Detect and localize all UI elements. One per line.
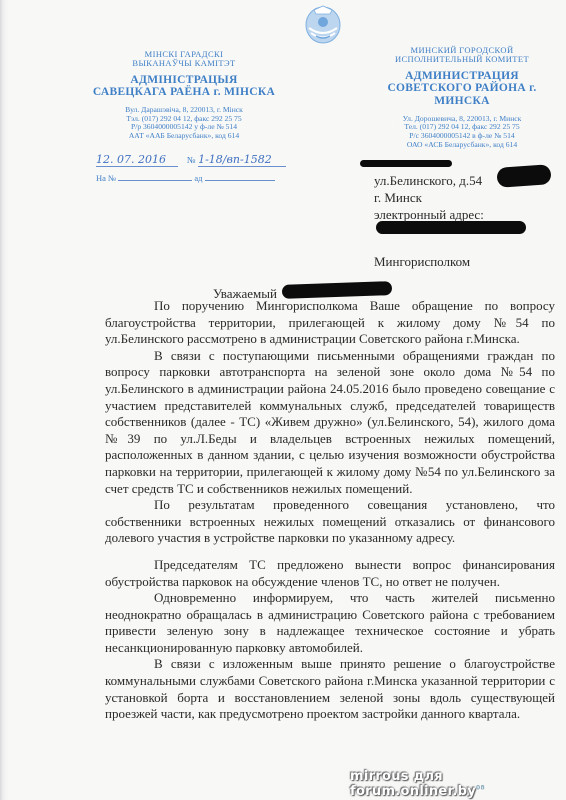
copy-recipient: Мингорисполком <box>374 254 470 270</box>
org-line: ВЫКАНАЎЧЫ КАМІТЭТ <box>84 59 284 68</box>
redaction-mark <box>282 281 392 299</box>
reply-number-blank <box>118 172 192 181</box>
addressee-email-label: электронный адрес: <box>374 206 484 223</box>
administration-title: АДМІНІСТРАЦЫЯ САВЕЦКАГА РАЁНА г. МІНСКА <box>84 74 284 99</box>
paragraph: По результатам проведенного совещания ус… <box>105 497 555 547</box>
paragraph: Одновременно информируем, что часть жите… <box>105 590 555 656</box>
letterhead-address: Ул. Дорошевича, 8, 220013, г. Минск Тел.… <box>364 115 560 150</box>
adm-line: АДМИНИСТРАЦИЯ <box>364 70 560 83</box>
redaction-mark <box>360 160 452 167</box>
registration-line: 12. 07. 2016 № 1-18/вп-1582 <box>96 153 286 167</box>
coat-of-arms-icon <box>304 4 342 44</box>
paragraph: Председателям ТС предложено вынести вопр… <box>105 557 555 590</box>
letterhead-address: Вул. Дарашэвіча, 8, 220013, г. Мінск Тэл… <box>84 106 284 141</box>
reply-date-blank <box>205 172 275 181</box>
watermark-suffix: 08 <box>476 785 485 792</box>
letter-body: По поручению Мингорисполкома Ваше обраще… <box>105 298 555 723</box>
bank-line: ОАО «АСБ Беларусбанк», код 614 <box>364 141 560 150</box>
letterhead-russian: МИНСКИЙ ГОРОДСКОЙ ИСПОЛНИТЕЛЬНЫЙ КОМИТЕТ… <box>364 46 560 149</box>
org-line: ИСПОЛНИТЕЛЬНЫЙ КОМИТЕТ <box>364 55 560 64</box>
watermark-text: mirrous для forum.onliner.by <box>350 769 476 799</box>
paragraph: По поручению Мингорисполкома Ваше обраще… <box>105 298 555 348</box>
forum-watermark: mirrous для forum.onliner.by08 <box>350 769 566 799</box>
addressee-block: ул.Белинского, д.54 г. Минск электронный… <box>374 172 484 223</box>
number-label: № <box>187 155 196 165</box>
paragraph: В связи с изложенным выше принято решени… <box>105 656 555 722</box>
letterhead-belarusian: МІНСКІ ГАРАДСКІ ВЫКАНАЎЧЫ КАМІТЭТ АДМІНІ… <box>84 50 284 141</box>
reply-reference-line: На № ад <box>96 172 275 183</box>
paragraph: В связи с поступающими письменными обращ… <box>105 348 555 497</box>
adm-line: САВЕЦКАГА РАЁНА г. МІНСКА <box>84 86 284 99</box>
adm-line: СОВЕТСКОГО РАЙОНА г. МИНСКА <box>364 82 560 107</box>
adm-line: АДМІНІСТРАЦЫЯ <box>84 74 284 87</box>
addressee-city: г. Минск <box>374 189 484 206</box>
reply-date-label: ад <box>194 173 202 183</box>
registration-date: 12. 07. 2016 <box>96 153 178 167</box>
scanned-letter-page: МІНСКІ ГАРАДСКІ ВЫКАНАЎЧЫ КАМІТЭТ АДМІНІ… <box>0 0 566 800</box>
redaction-mark <box>496 164 551 188</box>
bank-line: ААТ «ААБ Беларусбанк», код 614 <box>84 132 284 141</box>
registration-number: 1-18/вп-1582 <box>198 153 286 167</box>
reply-label: На № <box>96 173 116 183</box>
addressee-street: ул.Белинского, д.54 <box>374 172 484 189</box>
administration-title: АДМИНИСТРАЦИЯ СОВЕТСКОГО РАЙОНА г. МИНСК… <box>364 70 560 108</box>
